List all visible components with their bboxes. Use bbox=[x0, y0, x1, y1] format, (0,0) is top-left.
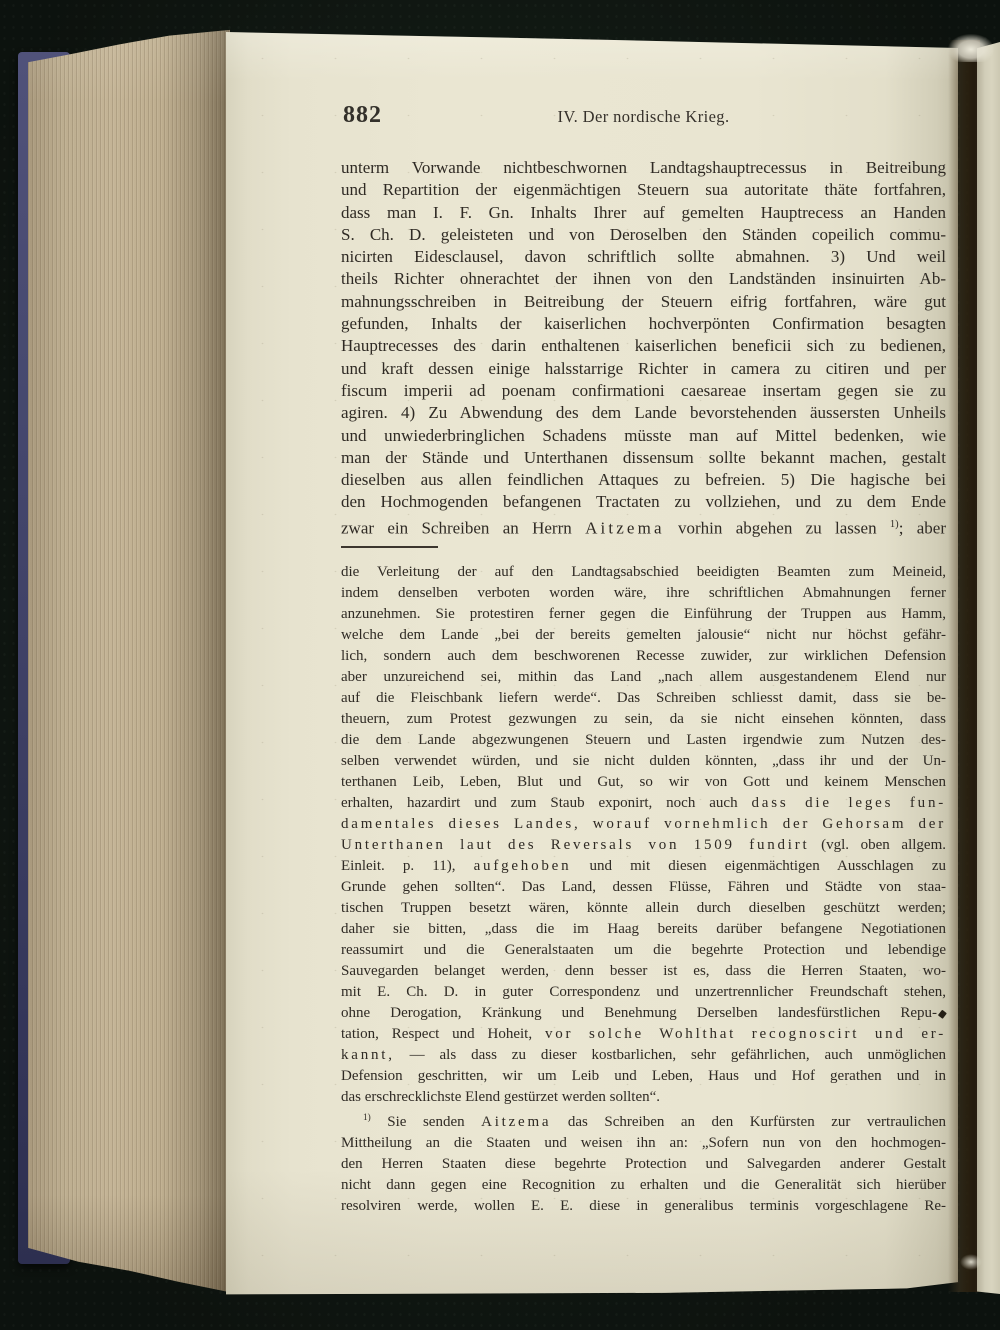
text-line: man der Stände und Unterthanen dissensum… bbox=[341, 447, 946, 469]
text-segment: Sauvegarden belanget werden, denn besser… bbox=[341, 963, 946, 979]
text-line: welche dem Lande „bei der bereits gemelt… bbox=[341, 625, 946, 646]
text-line: mahnungsschreiben in Beitreibung der Ste… bbox=[341, 291, 946, 313]
text-segment: welche dem Lande „bei der bereits gemelt… bbox=[341, 627, 946, 643]
text-segment: gefunden, Inhalts der kaiserlichen hochv… bbox=[341, 314, 946, 333]
text-segment: agiren. 4) Zu Abwendung des dem Lande be… bbox=[341, 403, 946, 422]
text-segment: (vgl. oben allgem. bbox=[809, 837, 946, 853]
text-segment: Hauptrecesses des darin enthaltenen kais… bbox=[341, 336, 946, 355]
text-segment: mit E. Ch. D. in guter Correspondenz und… bbox=[341, 984, 946, 1000]
text-line: agiren. 4) Zu Abwendung des dem Lande be… bbox=[341, 402, 946, 424]
page-number: 882 bbox=[343, 102, 382, 129]
text-line: tischen Truppen besetzt wären, könnte al… bbox=[341, 898, 946, 919]
text-segment: zwar ein Schreiben an Herrn bbox=[341, 518, 585, 537]
paper-tear-highlight-bottom bbox=[960, 1254, 982, 1270]
text-segment: nicht dann gegen eine Recognition zu erh… bbox=[341, 1177, 946, 1193]
text-segment: vorhin abgehen zu lassen bbox=[665, 518, 890, 537]
text-line: damentales dieses Landes, worauf vornehm… bbox=[341, 814, 946, 835]
text-segment: auf die Fleischbank liefern werde“. Das … bbox=[341, 690, 946, 706]
text-segment: Defension geschritten, wir um Leib und L… bbox=[341, 1068, 946, 1084]
text-segment: dass die leges fun- bbox=[752, 795, 947, 811]
text-line: indem denselben verboten worden wäre, ih… bbox=[341, 583, 946, 604]
text-line: selben verwendet würden, und sie nicht d… bbox=[341, 751, 946, 772]
text-line: kannt, — als dass zu dieser kostbarliche… bbox=[341, 1045, 946, 1066]
text-segment: die Verleitung der auf den Landtagsabsch… bbox=[341, 564, 946, 580]
text-segment: kannt, bbox=[341, 1047, 395, 1063]
text-line: 1) Sie senden Aitzema das Schreiben an d… bbox=[341, 1108, 946, 1133]
text-line: daher sie bitten, „dass die im Haag bere… bbox=[341, 919, 946, 940]
text-segment: die dem Lande abgezwungenen Steuern und … bbox=[341, 732, 946, 748]
text-line: terthanen Leib, Leben, Blut und Gut, so … bbox=[341, 772, 946, 793]
adjacent-page-sliver bbox=[977, 42, 1000, 1294]
text-segment: Unterthanen laut des Reversals von 1509 … bbox=[341, 837, 809, 853]
text-line: unterm Vorwande nichtbeschwornen Landtag… bbox=[341, 157, 946, 179]
text-segment: indem denselben verboten worden wäre, ih… bbox=[341, 585, 946, 601]
text-segment: aufgehoben bbox=[474, 858, 572, 874]
text-line: S. Ch. D. geleisteten und von Deroselben… bbox=[341, 224, 946, 246]
text-line: Einleit. p. 11), aufgehoben und mit dies… bbox=[341, 856, 946, 877]
page-stack-fore-edge bbox=[28, 28, 230, 1296]
text-segment: dass man I. F. Gn. Inhalts Ihrer auf gem… bbox=[341, 203, 946, 222]
running-head: IV. Der nordische Krieg. bbox=[341, 102, 946, 127]
text-line: Mittheilung an die Staaten und weisen ih… bbox=[341, 1133, 946, 1154]
text-line: Hauptrecesses des darin enthaltenen kais… bbox=[341, 335, 946, 357]
text-segment: das erschrecklichste Elend gestürzet wer… bbox=[341, 1089, 660, 1105]
text-segment: dieselben aus allen feindlichen Attaques… bbox=[341, 470, 946, 489]
text-segment: tation, Respect und Hoheit, bbox=[341, 1026, 545, 1042]
text-segment: vor solche Wohlthat recognoscirt und er- bbox=[545, 1026, 946, 1042]
book-page: 882 IV. Der nordische Krieg. unterm Vorw… bbox=[226, 30, 958, 1296]
text-line: theils Richter ohnerachtet der ihnen von… bbox=[341, 268, 946, 290]
text-line: den Herren Staaten diese begehrte Protec… bbox=[341, 1154, 946, 1175]
book-scan: 882 IV. Der nordische Krieg. unterm Vorw… bbox=[0, 0, 1000, 1330]
text-segment: anzunehmen. Sie protestiren ferner gegen… bbox=[341, 606, 946, 622]
text-segment: mahnungsschreiben in Beitreibung der Ste… bbox=[341, 292, 946, 311]
text-segment: und Repartition der eigenmächtigen Steue… bbox=[341, 180, 946, 199]
text-segment: und mit diesen eigenmächtigen Ausschlage… bbox=[571, 858, 946, 874]
text-line: anzunehmen. Sie protestiren ferner gegen… bbox=[341, 604, 946, 625]
text-line: ohne Derogation, Kränkung und Benehmung … bbox=[341, 1003, 946, 1024]
text-segment: den Hochmogenden befangenen Tractaten zu… bbox=[341, 492, 946, 511]
text-line: zwar ein Schreiben an Herrn Aitzema vorh… bbox=[341, 514, 946, 540]
text-segment: erhalten, hazardirt und zum Staub exponi… bbox=[341, 795, 752, 811]
paper-tear-highlight-top bbox=[948, 34, 994, 62]
footnote-reference: 1) bbox=[890, 519, 899, 530]
text-segment: lich, sondern auch dem beschworenen Rece… bbox=[341, 648, 946, 664]
text-segment: Einleit. p. 11), bbox=[341, 858, 474, 874]
text-line: nicirten Eidesclausel, davon schriftlich… bbox=[341, 246, 946, 268]
text-line: und Repartition der eigenmächtigen Steue… bbox=[341, 179, 946, 201]
text-segment: Grunde gehen sollten“. Das Land, dessen … bbox=[341, 879, 946, 895]
text-segment: tischen Truppen besetzt wären, könnte al… bbox=[341, 900, 946, 916]
page-header-row: 882 IV. Der nordische Krieg. bbox=[341, 102, 946, 132]
footnote-reference: 1) bbox=[363, 1113, 371, 1123]
text-line: tation, Respect und Hoheit, vor solche W… bbox=[341, 1024, 946, 1045]
text-line: auf die Fleischbank liefern werde“. Das … bbox=[341, 688, 946, 709]
text-segment: den Herren Staaten diese begehrte Protec… bbox=[341, 1156, 946, 1172]
text-line: dass man I. F. Gn. Inhalts Ihrer auf gem… bbox=[341, 202, 946, 224]
text-segment: und unwiederbringlichen Schadens müsste … bbox=[341, 426, 946, 445]
text-line: gefunden, Inhalts der kaiserlichen hochv… bbox=[341, 313, 946, 335]
text-line: Unterthanen laut des Reversals von 1509 … bbox=[341, 835, 946, 856]
text-segment: resolviren werde, wollen E. E. diese in … bbox=[341, 1198, 946, 1214]
text-line: reassumirt und die Generalstaaten um die… bbox=[341, 940, 946, 961]
footnote-block-1: die Verleitung der auf den Landtagsabsch… bbox=[341, 562, 946, 1108]
text-segment: Aitzema bbox=[481, 1114, 551, 1130]
text-segment: terthanen Leib, Leben, Blut und Gut, so … bbox=[341, 774, 946, 790]
text-line: und unwiederbringlichen Schadens müsste … bbox=[341, 425, 946, 447]
text-segment: unterm Vorwande nichtbeschwornen Landtag… bbox=[341, 158, 946, 177]
text-segment: ; aber bbox=[899, 518, 946, 537]
text-segment: Aitzema bbox=[585, 518, 665, 537]
text-segment: man der Stände und Unterthanen dissensum… bbox=[341, 448, 946, 467]
text-line: das erschrecklichste Elend gestürzet wer… bbox=[341, 1087, 946, 1108]
text-segment: ohne Derogation, Kränkung und Benehmung … bbox=[341, 1005, 937, 1021]
text-line: die Verleitung der auf den Landtagsabsch… bbox=[341, 562, 946, 583]
page-content: 882 IV. Der nordische Krieg. unterm Vorw… bbox=[341, 102, 946, 1217]
text-segment: nicirten Eidesclausel, davon schriftlich… bbox=[341, 247, 946, 266]
gutter-shadow bbox=[948, 40, 980, 1292]
text-line: Grunde gehen sollten“. Das Land, dessen … bbox=[341, 877, 946, 898]
text-segment: und kraft dessen einige halsstarrige Ric… bbox=[341, 359, 946, 378]
text-segment: Sie senden bbox=[371, 1114, 481, 1130]
text-line: resolviren werde, wollen E. E. diese in … bbox=[341, 1196, 946, 1217]
body-text-block: unterm Vorwande nichtbeschwornen Landtag… bbox=[341, 157, 946, 540]
text-line: lich, sondern auch dem beschworenen Rece… bbox=[341, 646, 946, 667]
text-line: aber unzureichend sei, mithin das Land „… bbox=[341, 667, 946, 688]
text-segment: selben verwendet würden, und sie nicht d… bbox=[341, 753, 946, 769]
text-line: erhalten, hazardirt und zum Staub exponi… bbox=[341, 793, 946, 814]
text-segment: daher sie bitten, „dass die im Haag bere… bbox=[341, 921, 946, 937]
text-segment: theils Richter ohnerachtet der ihnen von… bbox=[341, 269, 946, 288]
text-segment: S. Ch. D. geleisteten und von Deroselben… bbox=[341, 225, 946, 244]
text-line: den Hochmogenden befangenen Tractaten zu… bbox=[341, 491, 946, 513]
text-line: fiscum imperii ad poenam confirmationi c… bbox=[341, 380, 946, 402]
footnote-separator bbox=[341, 546, 438, 548]
text-line: die dem Lande abgezwungenen Steuern und … bbox=[341, 730, 946, 751]
text-segment: theuern, zum Protest gezwungen zu sein, … bbox=[341, 711, 946, 727]
text-line: dieselben aus allen feindlichen Attaques… bbox=[341, 469, 946, 491]
text-segment: — als dass zu dieser kostbarlichen, sehr… bbox=[395, 1047, 946, 1063]
text-segment: damentales dieses Landes, worauf vornehm… bbox=[341, 816, 946, 832]
text-line: und kraft dessen einige halsstarrige Ric… bbox=[341, 358, 946, 380]
text-segment: aber unzureichend sei, mithin das Land „… bbox=[341, 669, 946, 685]
text-line: Defension geschritten, wir um Leib und L… bbox=[341, 1066, 946, 1087]
ink-smudge bbox=[938, 1009, 947, 1018]
text-segment: fiscum imperii ad poenam confirmationi c… bbox=[341, 381, 946, 400]
text-segment: Mittheilung an die Staaten und weisen ih… bbox=[341, 1135, 946, 1151]
text-line: theuern, zum Protest gezwungen zu sein, … bbox=[341, 709, 946, 730]
text-segment: reassumirt und die Generalstaaten um die… bbox=[341, 942, 946, 958]
text-line: Sauvegarden belanget werden, denn besser… bbox=[341, 961, 946, 982]
footnote-block-2: 1) Sie senden Aitzema das Schreiben an d… bbox=[341, 1108, 946, 1217]
text-line: mit E. Ch. D. in guter Correspondenz und… bbox=[341, 982, 946, 1003]
text-segment: das Schreiben an den Kurfürsten zur vert… bbox=[551, 1114, 946, 1130]
text-line: nicht dann gegen eine Recognition zu erh… bbox=[341, 1175, 946, 1196]
